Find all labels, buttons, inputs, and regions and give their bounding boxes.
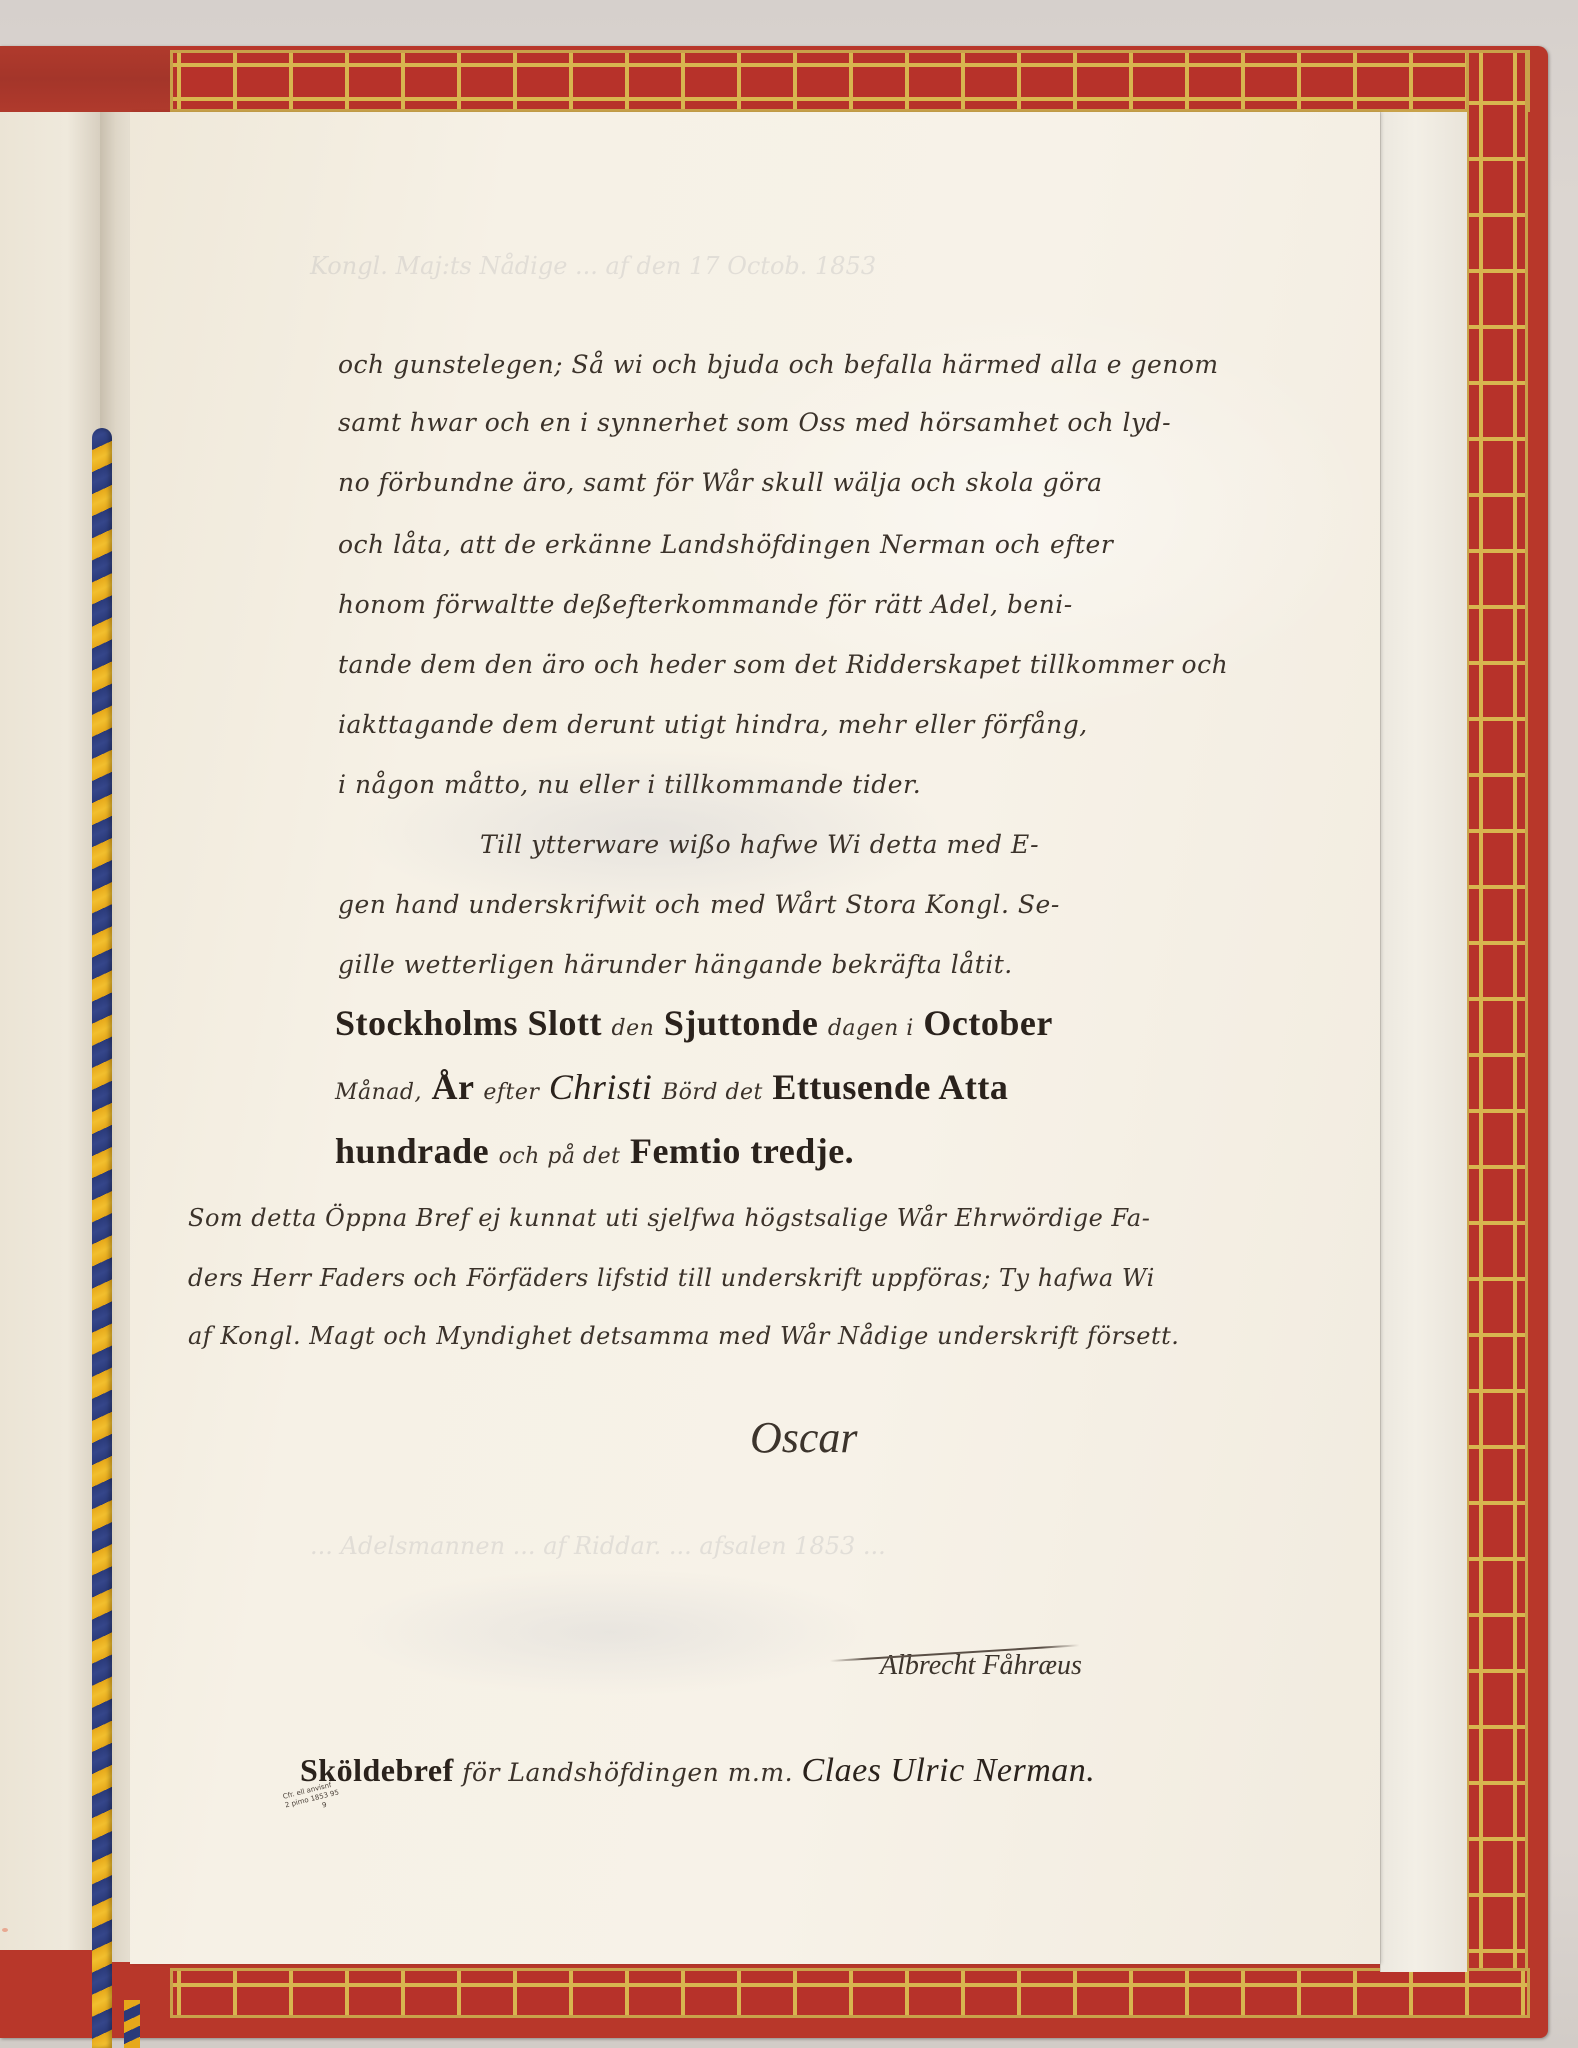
month-name: October bbox=[923, 1003, 1052, 1043]
closing-line: gen hand underskrifwit och med Wårt Stor… bbox=[338, 890, 1060, 919]
bleed-through-text: ... Adelsmannen ... af Riddar. ... afsal… bbox=[310, 1532, 886, 1560]
dateline-1: Stockholms Slott den Sjuttonde dagen i O… bbox=[335, 1002, 1053, 1044]
document-footer: Sköldebref för Landshöfdingen m.m. Claes… bbox=[300, 1752, 1095, 1790]
royal-signature: Oscar bbox=[750, 1412, 858, 1463]
stain-mark bbox=[2, 1928, 8, 1932]
closing-line: gille wetterligen härunder hängande bekr… bbox=[338, 950, 1013, 979]
document-page: Kongl. Maj:ts Nådige ... af den 17 Octob… bbox=[130, 112, 1380, 1964]
marbled-endpaper bbox=[1380, 112, 1467, 1972]
bleed-through-text: Kongl. Maj:ts Nådige ... af den 17 Octob… bbox=[310, 252, 876, 280]
body-line: honom förwaltte deßefterkommande för rät… bbox=[338, 590, 1073, 619]
recipient-name: Claes Ulric Nerman. bbox=[801, 1752, 1095, 1789]
body-line: tande dem den äro och heder som det Ridd… bbox=[338, 650, 1228, 679]
greek-key-border-top bbox=[170, 50, 1530, 112]
place-name: Stockholms Slott bbox=[335, 1003, 602, 1043]
silk-cord-blue-yellow bbox=[92, 428, 112, 2048]
greek-key-border-right bbox=[1466, 50, 1528, 2016]
body-line: och gunstelegen; Så wi och bjuda och bef… bbox=[338, 350, 1219, 379]
attestation-line: Som detta Öppna Bref ej kunnat uti sjelf… bbox=[188, 1204, 1150, 1232]
day-word: Sjuttonde bbox=[664, 1003, 819, 1043]
body-line: i någon måtto, nu eller i tillkommande t… bbox=[338, 770, 921, 799]
christi-word: Christi bbox=[549, 1067, 653, 1107]
body-line: samt hwar och en i synnerhet som Oss med… bbox=[338, 408, 1171, 437]
year-part-2: Femtio tredje. bbox=[630, 1131, 854, 1171]
dateline-2: Månad, År efter Christi Börd det Ettusen… bbox=[335, 1066, 1008, 1108]
body-line: och låta, att de erkänne Landshöfdingen … bbox=[338, 530, 1113, 559]
body-line: no förbundne äro, samt för Wår skull wäl… bbox=[338, 468, 1102, 497]
year-part-1: Ettusende Atta bbox=[772, 1067, 1008, 1107]
silk-cord-end bbox=[124, 2000, 140, 2048]
attestation-line: af Kongl. Magt och Myndighet detsamma me… bbox=[188, 1322, 1179, 1350]
binding-spine bbox=[0, 46, 170, 112]
body-line: iakttagande dem derunt utigt hindra, meh… bbox=[338, 710, 1088, 739]
attestation-line: ders Herr Faders och Förfäders lifstid t… bbox=[188, 1264, 1155, 1292]
greek-key-border-bottom bbox=[170, 1968, 1530, 2018]
dateline-3: hundrade och på det Femtio tredje. bbox=[335, 1130, 854, 1172]
closing-line: Till ytterware wißo hafwe Wi detta med E… bbox=[480, 830, 1039, 859]
